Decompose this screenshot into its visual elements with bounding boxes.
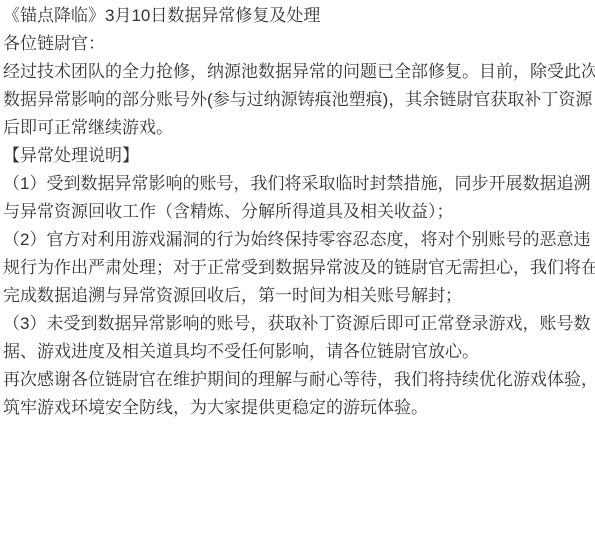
salutation: 各位链尉官： xyxy=(3,30,592,58)
announcement-document: 《锚点降临》3月10日数据异常修复及处理 各位链尉官： 经过技术团队的全力抢修，… xyxy=(3,2,592,422)
text-line: 筑牢游戏环境安全防线，为大家提供更稳定的游玩体验。 xyxy=(3,394,592,422)
text-line: 再次感谢各位链尉官在维护期间的理解与耐心等待，我们将持续优化游戏体验， xyxy=(3,366,592,394)
announcement-title: 《锚点降临》3月10日数据异常修复及处理 xyxy=(3,2,592,30)
text-line: 经过技术团队的全力抢修，纳源池数据异常的问题已全部修复。目前，除受此次 xyxy=(3,58,592,86)
numbered-item-2: （2）官方对利用游戏漏洞的行为始终保持零容忍态度，将对个别账号的恶意违 规行为作… xyxy=(3,226,592,310)
text-line: 数据异常影响的部分账号外(参与过纳源铸痕池塑痕)，其余链尉官获取补丁资源 xyxy=(3,86,592,114)
text-line: （3）未受到数据异常影响的账号，获取补丁资源后即可正常登录游戏，账号数 xyxy=(3,310,592,338)
text-line: 后即可正常继续游戏。 xyxy=(3,114,592,142)
numbered-item-3: （3）未受到数据异常影响的账号，获取补丁资源后即可正常登录游戏，账号数 据、游戏… xyxy=(3,310,592,366)
numbered-item-1: （1）受到数据异常影响的账号，我们将采取临时封禁措施，同步开展数据追溯 与异常资… xyxy=(3,170,592,226)
text-line: 据、游戏进度及相关道具均不受任何影响，请各位链尉官放心。 xyxy=(3,338,592,366)
text-line: （1）受到数据异常影响的账号，我们将采取临时封禁措施，同步开展数据追溯 xyxy=(3,170,592,198)
text-line: 完成数据追溯与异常资源回收后，第一时间为相关账号解封； xyxy=(3,282,592,310)
text-line: 与异常资源回收工作（含精炼、分解所得道具及相关收益）； xyxy=(3,198,592,226)
text-line: （2）官方对利用游戏漏洞的行为始终保持零容忍态度，将对个别账号的恶意违 xyxy=(3,226,592,254)
section-heading: 【异常处理说明】 xyxy=(3,142,592,170)
text-line: 规行为作出严肃处理；对于正常受到数据异常波及的链尉官无需担心，我们将在 xyxy=(3,254,592,282)
closing-paragraph: 再次感谢各位链尉官在维护期间的理解与耐心等待，我们将持续优化游戏体验， 筑牢游戏… xyxy=(3,366,592,422)
intro-paragraph: 经过技术团队的全力抢修，纳源池数据异常的问题已全部修复。目前，除受此次 数据异常… xyxy=(3,58,592,142)
